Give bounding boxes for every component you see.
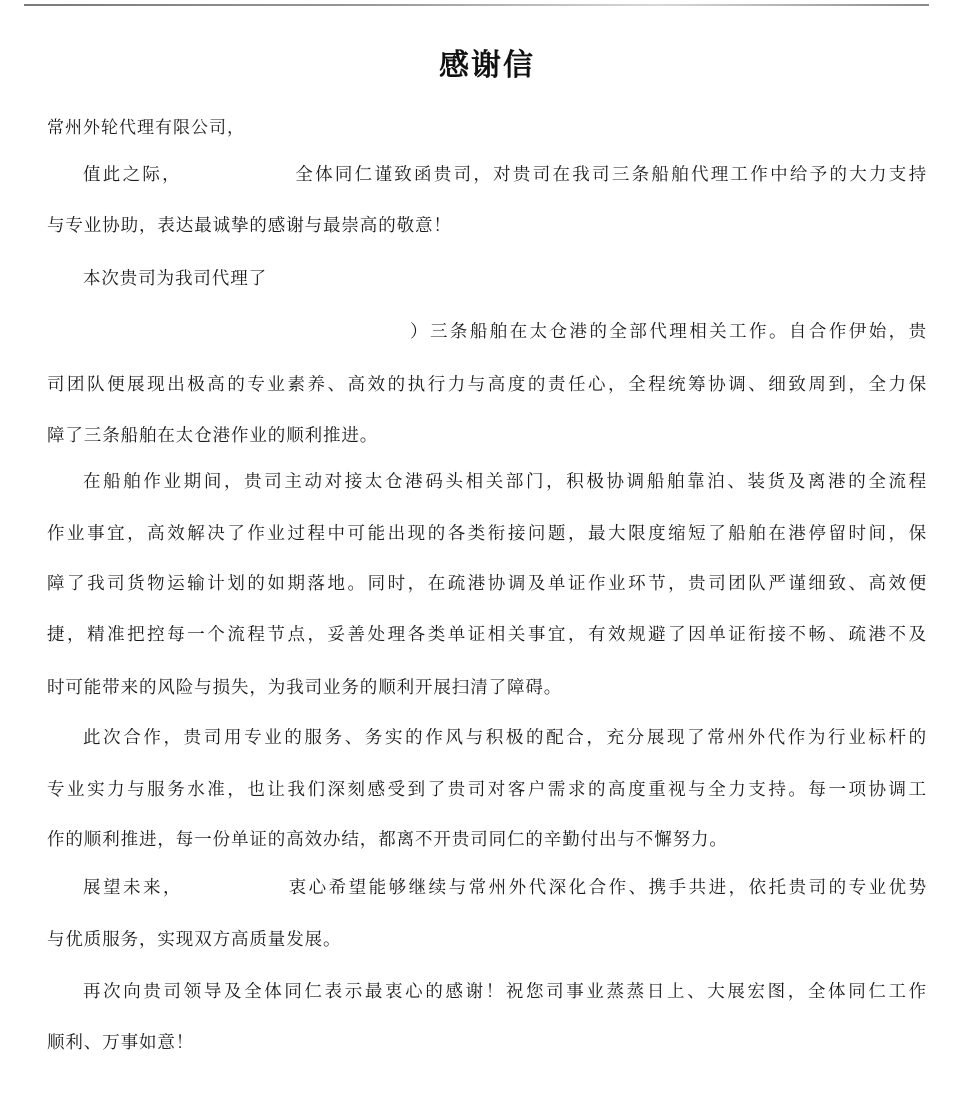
paragraph-line: 捷，精准把控每一个流程节点，妥善处理各类单证相关事宜，有效规避了因单证衔接不畅、… (47, 620, 927, 650)
salutation: 常州外轮代理有限公司， (47, 113, 245, 138)
letter-title: 感谢信 (0, 40, 974, 84)
paragraph-line: 再次向贵司领导及全体同仁表示最衷心的感谢！祝您司事业蒸蒸日上、大展宏图，全体同仁… (47, 977, 927, 1007)
text-segment: 全体同仁谨致函贵司，对贵司在我司三条船舶代理工作中给予的大力支持 (294, 165, 927, 185)
top-rule (24, 4, 929, 6)
paragraph-line: 本次贵司为我司代理了 (47, 264, 927, 294)
paragraph-line: 在船舶作业期间，贵司主动对接太仓港码头相关部门，积极协调船舶靠泊、装货及离港的全… (47, 467, 927, 497)
paragraph-line: 障了三条船舶在太仓港作业的顺利推进。 (47, 421, 927, 451)
paragraph-line: 时可能带来的风险与损失，为我司业务的顺利开展扫清了障碍。 (47, 673, 927, 703)
paragraph-line: 司团队便展现出极高的专业素养、高效的执行力与高度的责任心，全程统筹协调、细致周到… (47, 370, 927, 400)
paragraph-line: 与专业协助，表达最诚挚的感谢与最崇高的敬意！ (47, 211, 927, 241)
text-segment: 值此之际， (83, 165, 182, 185)
paragraph-line: 与优质服务，实现双方高质量发展。 (47, 925, 927, 955)
paragraph-line: 障了我司货物运输计划的如期落地。同时，在疏港协调及单证作业环节，贵司团队严谨细致… (47, 569, 927, 599)
paragraph-line: 作的顺利推进，每一份单证的高效办结，都离不开贵司同仁的辛勤付出与不懈努力。 (47, 825, 927, 855)
text-segment: 展望未来， (83, 878, 183, 898)
paragraph-line: 顺利、万事如意！ (47, 1028, 927, 1058)
paragraph-line: 专业实力与服务水准，也让我们深刻感受到了贵司对客户需求的高度重视与全力支持。每一… (47, 775, 927, 805)
paragraph-line: 此次合作，贵司用专业的服务、务实的作风与积极的配合，充分展现了常州外代作为行业标… (47, 723, 927, 753)
text-segment: 衷心希望能够继续与常州外代深化合作、携手共进，依托贵司的专业优势 (287, 878, 927, 898)
paragraph-line: 展望未来，衷心希望能够继续与常州外代深化合作、携手共进，依托贵司的专业优势 (47, 873, 927, 903)
paragraph-line: ）三条船舶在太仓港的全部代理相关工作。自合作伊始，贵 (410, 317, 927, 347)
paragraph-line: 值此之际，全体同仁谨致函贵司，对贵司在我司三条船舶代理工作中给予的大力支持 (47, 160, 927, 190)
paragraph-line: 作业事宜，高效解决了作业过程中可能出现的各类衔接问题，最大限度缩短了船舶在港停留… (47, 519, 927, 549)
